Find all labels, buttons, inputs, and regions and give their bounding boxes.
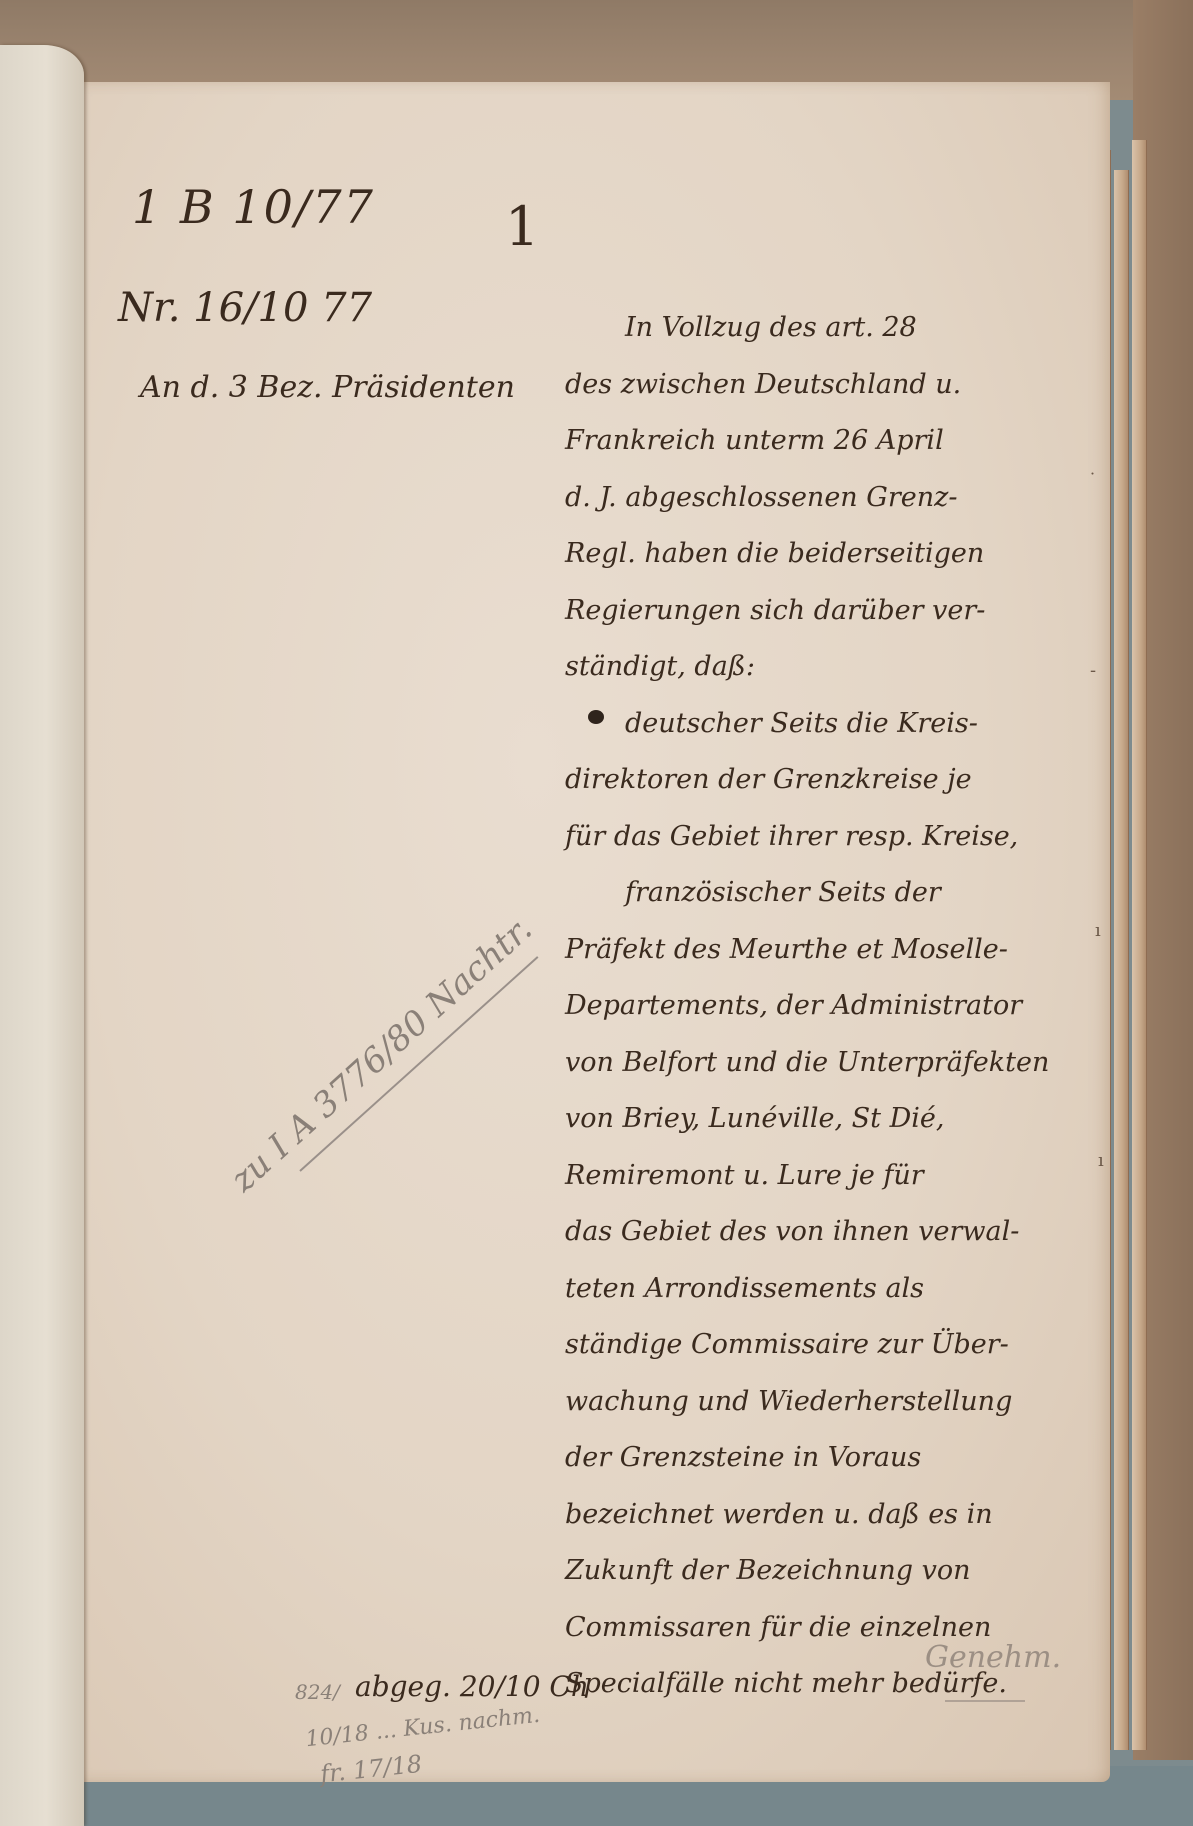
body-line: Regierungen sich darüber ver- bbox=[565, 583, 1085, 640]
ink-blot bbox=[588, 710, 604, 724]
body-line: der Grenzsteine in Voraus bbox=[565, 1430, 1085, 1487]
signature: Genehm. bbox=[925, 1640, 1061, 1675]
page-number: 1 bbox=[505, 195, 539, 258]
body-line: deutscher Seits die Kreis- bbox=[565, 696, 1085, 753]
body-line: Zukunft der Bezeichnung von bbox=[565, 1543, 1085, 1600]
body-line: bezeichnet werden u. daß es in bbox=[565, 1487, 1085, 1544]
body-line: Departements, der Administrator bbox=[565, 978, 1085, 1035]
body-line: von Belfort und die Unterpräfekten bbox=[565, 1035, 1085, 1092]
reference-number-2: Nr. 16/10 77 bbox=[118, 285, 372, 331]
reference-number-1: 1 B 10/77 bbox=[132, 180, 375, 234]
footer-dispatch-note: abgeg. 20/10 Ch bbox=[355, 1670, 589, 1703]
previous-leaf bbox=[0, 45, 84, 1826]
body-line: Frankreich unterm 26 April bbox=[565, 413, 1085, 470]
body-line: direktoren der Grenzkreise je bbox=[565, 752, 1085, 809]
body-line: des zwischen Deutschland u. bbox=[565, 357, 1085, 414]
body-line: wachung und Wiederherstellung bbox=[565, 1374, 1085, 1431]
margin-mark: ı bbox=[1095, 920, 1101, 941]
footer-pencil-number: 824/ bbox=[295, 1680, 340, 1704]
margin-mark: ˙ bbox=[1088, 470, 1097, 491]
body-text-column: In Vollzug des art. 28 des zwischen Deut… bbox=[565, 300, 1085, 1713]
body-line: In Vollzug des art. 28 bbox=[565, 300, 1085, 357]
body-line: teten Arrondissements als bbox=[565, 1261, 1085, 1318]
body-line: Präfekt des Meurthe et Moselle- bbox=[565, 922, 1085, 979]
page-edge bbox=[1114, 170, 1129, 1750]
body-line: d. J. abgeschlossenen Grenz- bbox=[565, 470, 1085, 527]
body-line: Remiremont u. Lure je für bbox=[565, 1148, 1085, 1205]
body-line: für das Gebiet ihrer resp. Kreise, bbox=[565, 809, 1085, 866]
body-line: französischer Seits der bbox=[565, 865, 1085, 922]
addressee-line: An d. 3 Bez. Präsidenten bbox=[140, 370, 515, 405]
body-line: das Gebiet des von ihnen verwal- bbox=[565, 1204, 1085, 1261]
signature-underline bbox=[945, 1700, 1025, 1702]
margin-mark: ‐ bbox=[1090, 660, 1096, 681]
body-line: ständige Commissaire zur Über- bbox=[565, 1317, 1085, 1374]
page-edge bbox=[1132, 140, 1147, 1750]
margin-mark: ı bbox=[1098, 1150, 1104, 1171]
body-line: ständigt, daß: bbox=[565, 639, 1085, 696]
body-line: von Briey, Lunéville, St Dié, bbox=[565, 1091, 1085, 1148]
body-line: Regl. haben die beiderseitigen bbox=[565, 526, 1085, 583]
